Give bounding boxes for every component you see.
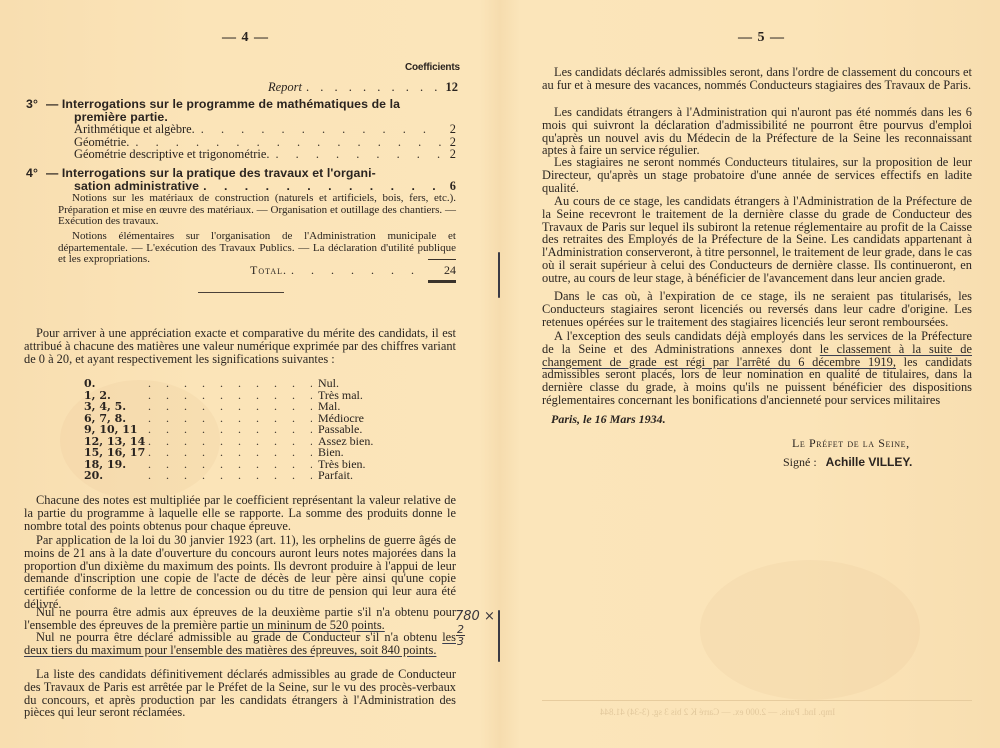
total-label: Total. [250, 263, 287, 278]
right-page: — 5 — Les candidats déclarés admissibles… [500, 0, 1000, 748]
grade-values: 0. [84, 378, 148, 390]
section-3: 3°— Interrogations sur le programme de m… [26, 98, 456, 161]
signatory-title: Le Préfet de la Seine, [792, 436, 910, 451]
section-number: 3° [26, 98, 46, 111]
paragraph: Dans le cas où, à l'expiration de ce sta… [542, 290, 972, 328]
section-title-line: — Interrogations sur le programme de mat… [46, 97, 400, 111]
grade-row: 20.. . . . . . . . . . . . . . . . . . .… [84, 470, 394, 482]
leader-dots: . . . . . . . . . . . . [269, 148, 442, 161]
handwritten-text: 780 × [455, 609, 495, 624]
leader-dots: . . . . . . . . . . . . . . . . . . . [148, 424, 312, 436]
grade-values: 9, 10, 11 [84, 424, 148, 436]
grade-row: 1, 2.. . . . . . . . . . . . . . . . . .… [84, 390, 394, 402]
section-note: Notions sur les matériaux de constructio… [26, 193, 456, 228]
section-4-title-continued: sation administrative . . . . . . . . . … [26, 180, 456, 193]
leader-dots: . . . . . . . . . . . . . . . . . . . [148, 470, 312, 482]
handwritten-annotation: 780 × 2 3 [455, 609, 500, 647]
grade-values: 3, 4, 5. [84, 401, 148, 413]
fraction-denominator: 3 [457, 636, 464, 647]
total-double-rule [428, 280, 456, 283]
section-title-line: — Interrogations sur la pratique des tra… [46, 166, 376, 180]
leader-dots: . . . . . . . . . . . . . . . . . . . [148, 390, 312, 402]
signature-line: Signé : Achille VILLEY. [783, 455, 912, 470]
total-value: 24 [430, 263, 456, 278]
subject-label: Géométrie descriptive et trigonométrie. [74, 148, 269, 161]
subject-label: Arithmétique et algèbre. [74, 123, 195, 136]
section-separator [198, 292, 284, 293]
report-value: 12 [446, 80, 459, 95]
paragraph: Les stagiaires ne seront nommés Conducte… [542, 156, 972, 194]
section-coefficient: 6 [442, 180, 456, 193]
section-4: 4°— Interrogations sur la pratique des t… [26, 167, 456, 266]
section-title-line: sation administrative [74, 180, 199, 193]
exception-paragraph: A l'exception des seuls candidats déjà e… [542, 330, 972, 407]
page-number: — 5 — [738, 30, 785, 46]
left-page: — 4 — Coefficients Report . . . . . . . … [0, 0, 500, 748]
leader-dots: . . . . . . . . . . . . . . . . . . . [148, 401, 312, 413]
admissibility-paragraph: Nul ne pourra être déclaré admissible au… [24, 631, 456, 657]
document-spread: — 4 — Coefficients Report . . . . . . . … [0, 0, 1000, 748]
handwritten-fraction: 2 3 [456, 624, 465, 647]
section-number: 4° [26, 167, 46, 180]
section-note: Notions élémentaires sur l'organisation … [26, 231, 456, 266]
subject-row: Arithmétique et algèbre. . . . . . . . .… [26, 123, 456, 136]
report-row: Report . . . . . . . . . . . 12 [268, 80, 458, 95]
grade-meaning: Parfait. [312, 470, 394, 482]
paragraph: Les candidats étrangers à l'Administrati… [542, 106, 972, 157]
subject-coefficient: 2 [442, 148, 456, 161]
coefficient-paragraph: Chacune des notes est multipliée par le … [24, 494, 456, 532]
section-4-title: 4°— Interrogations sur la pratique des t… [26, 167, 456, 180]
show-through-rule [542, 700, 972, 701]
paragraph: Les candidats déclarés admissibles seron… [542, 66, 972, 92]
leader-dots: . . . . . . . . . . . [302, 80, 445, 95]
show-through-footer: Imp. Ind. Paris. — 2.000 ex. — Carré K 2… [600, 707, 835, 717]
leader-dots: . . . . . . . . . . . . . . . . . . . [148, 378, 312, 390]
paragraph-text: Nul ne pourra être admis aux épreuves de… [24, 605, 456, 632]
page-number: — 4 — [222, 30, 269, 46]
minimum-points-paragraph: Nul ne pourra être admis aux épreuves de… [24, 606, 456, 632]
grading-intro-paragraph: Pour arriver à une appréciation exacte e… [24, 327, 456, 365]
section-3-title: 3°— Interrogations sur le programme de m… [26, 98, 456, 123]
war-orphans-paragraph: Par application de la loi du 30 janvier … [24, 534, 456, 611]
subject-coefficient: 2 [442, 123, 456, 136]
signature-date: Paris, le 16 Mars 1934. [551, 412, 666, 427]
grade-values: 20. [84, 470, 148, 482]
signed-label: Signé : [783, 455, 817, 469]
grading-scale-table: 0.. . . . . . . . . . . . . . . . . . .N… [84, 378, 394, 482]
subject-row: Géométrie descriptive et trigonométrie. … [26, 148, 456, 161]
leader-dots: . . . . . . . . . . . . . . . . . . . . [195, 123, 442, 136]
leader-dots: . . . . . . . . . . . . . . . [199, 180, 442, 193]
leader-dots: . . . . . . . . . . . . . . . . . . . [148, 459, 312, 471]
signatory-name: Achille VILLEY. [826, 455, 913, 469]
leader-dots: . . . . . . . . . . . . . . . . . . . [148, 413, 312, 425]
paragraph: Au cours de ce stage, les candidats étra… [542, 195, 972, 285]
leader-dots: . . . . . . . . . . [287, 263, 430, 278]
sum-rule [428, 259, 456, 260]
total-row: Total. . . . . . . . . . . 24 [250, 263, 456, 278]
leader-dots: . . . . . . . . . . . . . . . . . . . [148, 447, 312, 459]
leader-dots: . . . . . . . . . . . . . . . . . . . [148, 436, 312, 448]
final-list-paragraph: La liste des candidats définitivement dé… [24, 668, 456, 719]
report-label: Report [268, 80, 302, 95]
coefficients-header: Coefficients [405, 62, 460, 73]
grade-values: 15, 16, 17 [84, 447, 148, 459]
